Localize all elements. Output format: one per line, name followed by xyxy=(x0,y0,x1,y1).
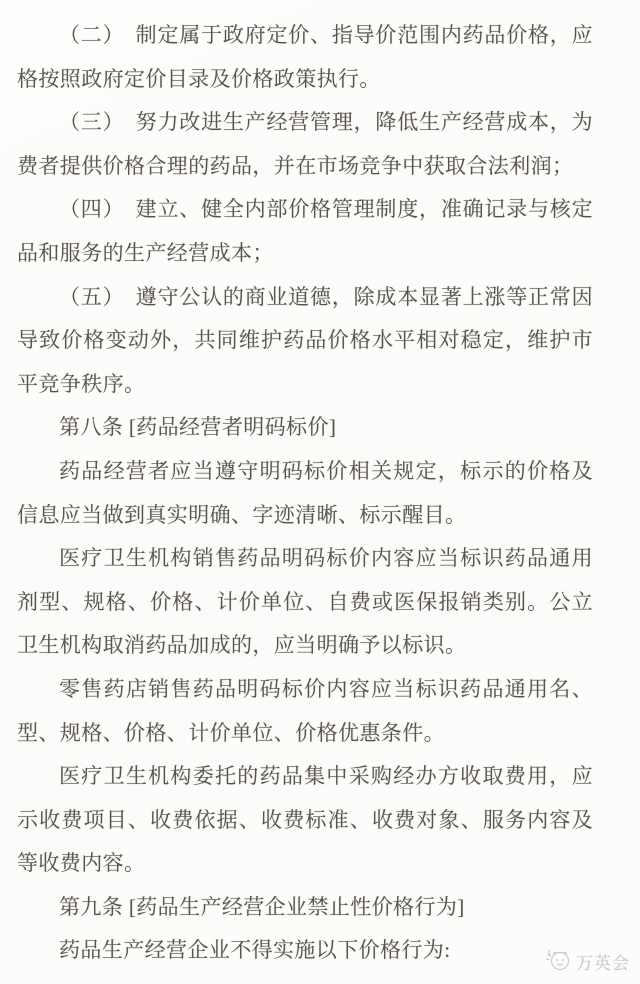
text-line: 医疗卫生机构委托的药品集中采购经办方收取费用，应公 xyxy=(17,755,593,799)
text-line: （四） 建立、健全内部价格管理制度，准确记录与核定商 xyxy=(17,188,593,232)
text-line: 信息应当做到真实明确、字迹清晰、标示醒目。 xyxy=(17,494,593,538)
text-line: 平竞争秩序。 xyxy=(17,363,593,407)
text-line: 费者提供价格合理的药品，并在市场竞争中获取合法利润； xyxy=(17,145,593,189)
clause-2: （二） 制定属于政府定价、指导价范围内药品价格，应严格按照政府定价目录及价格政策… xyxy=(17,14,593,101)
text-line: （三） 努力改进生产经营管理，降低生产经营成本，为消 xyxy=(17,101,593,145)
text-line: 医疗卫生机构销售药品明码标价内容应当标识药品通用名、 xyxy=(17,537,593,581)
article-8-para-2: 医疗卫生机构销售药品明码标价内容应当标识药品通用名、剂型、规格、价格、计价单位、… xyxy=(17,537,593,668)
watermark-logo-icon xyxy=(545,948,573,974)
clause-3: （三） 努力改进生产经营管理，降低生产经营成本，为消费者提供价格合理的药品，并在… xyxy=(17,101,593,188)
text-line: 零售药店销售药品明码标价内容应当标识药品通用名、剂 xyxy=(17,668,593,712)
text-line: 剂型、规格、价格、计价单位、自费或医保报销类别。公立医疗 xyxy=(17,581,593,625)
text-line: 药品生产经营企业不得实施以下价格行为: xyxy=(17,929,593,973)
watermark-text: 万英会 xyxy=(576,949,630,974)
text-line: 型、规格、价格、计价单位、价格优惠条件。 xyxy=(17,712,593,756)
text-line: 第八条 [药品经营者明码标价] xyxy=(17,406,593,450)
text-line: 格按照政府定价目录及价格政策执行。 xyxy=(17,58,593,102)
watermark: 万英会 xyxy=(545,948,630,974)
article-8-heading: 第八条 [药品经营者明码标价] xyxy=(17,406,593,450)
clause-4: （四） 建立、健全内部价格管理制度，准确记录与核定商品和服务的生产经营成本； xyxy=(17,188,593,275)
text-line: （五） 遵守公认的商业道德，除成本显著上涨等正常因素 xyxy=(17,276,593,320)
article-9-para-1: 药品生产经营企业不得实施以下价格行为: xyxy=(17,929,593,973)
text-line: 示收费项目、收费依据、收费标准、收费对象、服务内容及规程 xyxy=(17,799,593,843)
document-body: （二） 制定属于政府定价、指导价范围内药品价格，应严格按照政府定价目录及价格政策… xyxy=(0,0,640,973)
text-line: 卫生机构取消药品加成的，应当明确予以标识。 xyxy=(17,624,593,668)
text-line: 等收费内容。 xyxy=(17,842,593,886)
document-page: （二） 制定属于政府定价、指导价范围内药品价格，应严格按照政府定价目录及价格政策… xyxy=(0,0,640,984)
article-8-para-1: 药品经营者应当遵守明码标价相关规定，标示的价格及相关信息应当做到真实明确、字迹清… xyxy=(17,450,593,537)
text-line: 药品经营者应当遵守明码标价相关规定，标示的价格及相关 xyxy=(17,450,593,494)
text-line: 第九条 [药品生产经营企业禁止性价格行为] xyxy=(17,886,593,930)
article-9-heading: 第九条 [药品生产经营企业禁止性价格行为] xyxy=(17,886,593,930)
text-line: 导致价格变动外，共同维护药品价格水平相对稳定，维护市场公 xyxy=(17,319,593,363)
article-8-para-4: 医疗卫生机构委托的药品集中采购经办方收取费用，应公示收费项目、收费依据、收费标准… xyxy=(17,755,593,886)
text-line: 品和服务的生产经营成本； xyxy=(17,232,593,276)
clause-5: （五） 遵守公认的商业道德，除成本显著上涨等正常因素导致价格变动外，共同维护药品… xyxy=(17,276,593,407)
text-line: （二） 制定属于政府定价、指导价范围内药品价格，应严 xyxy=(17,14,593,58)
article-8-para-3: 零售药店销售药品明码标价内容应当标识药品通用名、剂型、规格、价格、计价单位、价格… xyxy=(17,668,593,755)
